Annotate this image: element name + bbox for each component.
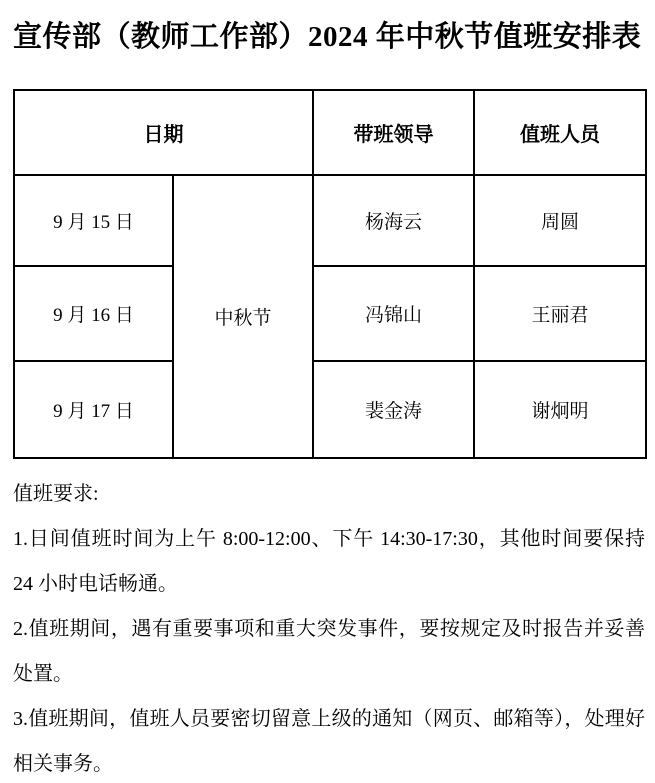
duty-requirement-item-1: 1.日间值班时间为上午 8:00-12:00、下午 14:30-17:30，其他… (13, 517, 645, 607)
cell-date-sep15: 9 月 15 日 (14, 175, 173, 266)
document-title: 宣传部（教师工作部）2024 年中秋节值班安排表 (13, 14, 645, 55)
col-header-leader: 带班领导 (313, 90, 474, 175)
duty-requirement-item-3: 3.值班期间，值班人员要密切留意上级的通知（网页、邮箱等），处理好相关事务。 (13, 697, 645, 783)
table-row: 9 月 17 日 裴金涛 谢炯明 (14, 361, 646, 458)
cell-festival-merged: 中秋节 (173, 175, 313, 458)
duty-requirements-section: 值班要求: 1.日间值班时间为上午 8:00-12:00、下午 14:30-17… (13, 472, 645, 783)
cell-staff-sep15: 周圆 (474, 175, 646, 266)
cell-leader-sep16: 冯锦山 (313, 266, 474, 361)
cell-staff-sep17: 谢炯明 (474, 361, 646, 458)
document-page: 宣传部（教师工作部）2024 年中秋节值班安排表 日期 带班领导 值班人员 9 … (0, 0, 655, 783)
cell-leader-sep15: 杨海云 (313, 175, 474, 266)
cell-date-sep17: 9 月 17 日 (14, 361, 173, 458)
duty-requirements-heading: 值班要求: (13, 472, 645, 517)
table-header-row: 日期 带班领导 值班人员 (14, 90, 646, 175)
duty-requirement-item-2: 2.值班期间，遇有重要事项和重大突发事件，要按规定及时报告并妥善处置。 (13, 607, 645, 697)
table-row: 9 月 16 日 冯锦山 王丽君 (14, 266, 646, 361)
cell-staff-sep16: 王丽君 (474, 266, 646, 361)
duty-roster-table: 日期 带班领导 值班人员 9 月 15 日 中秋节 杨海云 周圆 9 月 16 … (13, 89, 647, 459)
cell-date-sep16: 9 月 16 日 (14, 266, 173, 361)
col-header-staff: 值班人员 (474, 90, 646, 175)
table-row: 9 月 15 日 中秋节 杨海云 周圆 (14, 175, 646, 266)
col-header-date: 日期 (14, 90, 313, 175)
cell-leader-sep17: 裴金涛 (313, 361, 474, 458)
